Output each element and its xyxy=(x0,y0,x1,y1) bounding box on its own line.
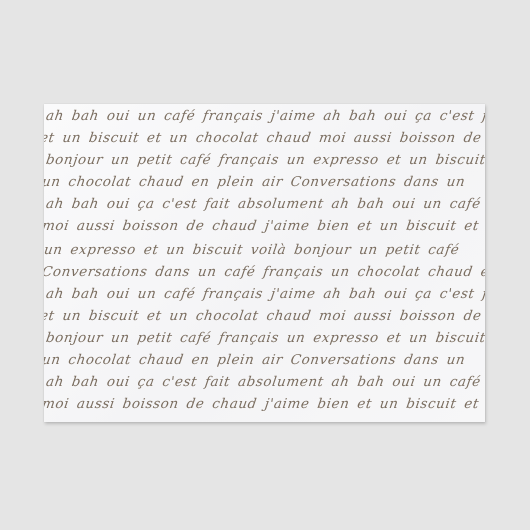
script-line: bonjour un petit café français un expres… xyxy=(45,152,485,168)
script-line: ah bah oui ça c'est fait absolument ah b… xyxy=(45,374,485,390)
handwritten-script-pattern-card: ah bah oui un café français j'aime ah ba… xyxy=(44,104,485,422)
script-line: ah bah oui ça c'est fait absolument ah b… xyxy=(45,196,485,212)
script-line: moi aussi boisson de chaud j'aime bien e… xyxy=(44,218,485,234)
script-line: un expresso et un biscuit voilà bonjour … xyxy=(44,242,460,258)
script-line: ah bah oui un café français j'aime ah ba… xyxy=(45,108,485,124)
script-line: un chocolat chaud en plein air Conversat… xyxy=(44,174,466,190)
script-line: bonjour un petit café français un expres… xyxy=(45,330,485,346)
script-line: et un biscuit et un chocolat chaud moi a… xyxy=(44,130,485,146)
product-preview-stage: ah bah oui un café français j'aime ah ba… xyxy=(0,0,530,530)
script-line: moi aussi boisson de chaud j'aime bien e… xyxy=(44,396,485,412)
script-line: Conversations dans un café français un c… xyxy=(44,264,485,280)
script-line: un chocolat chaud en plein air Conversat… xyxy=(44,352,466,368)
script-line: et un biscuit et un chocolat chaud moi a… xyxy=(44,308,485,324)
script-line: ah bah oui un café français j'aime ah ba… xyxy=(45,286,485,302)
